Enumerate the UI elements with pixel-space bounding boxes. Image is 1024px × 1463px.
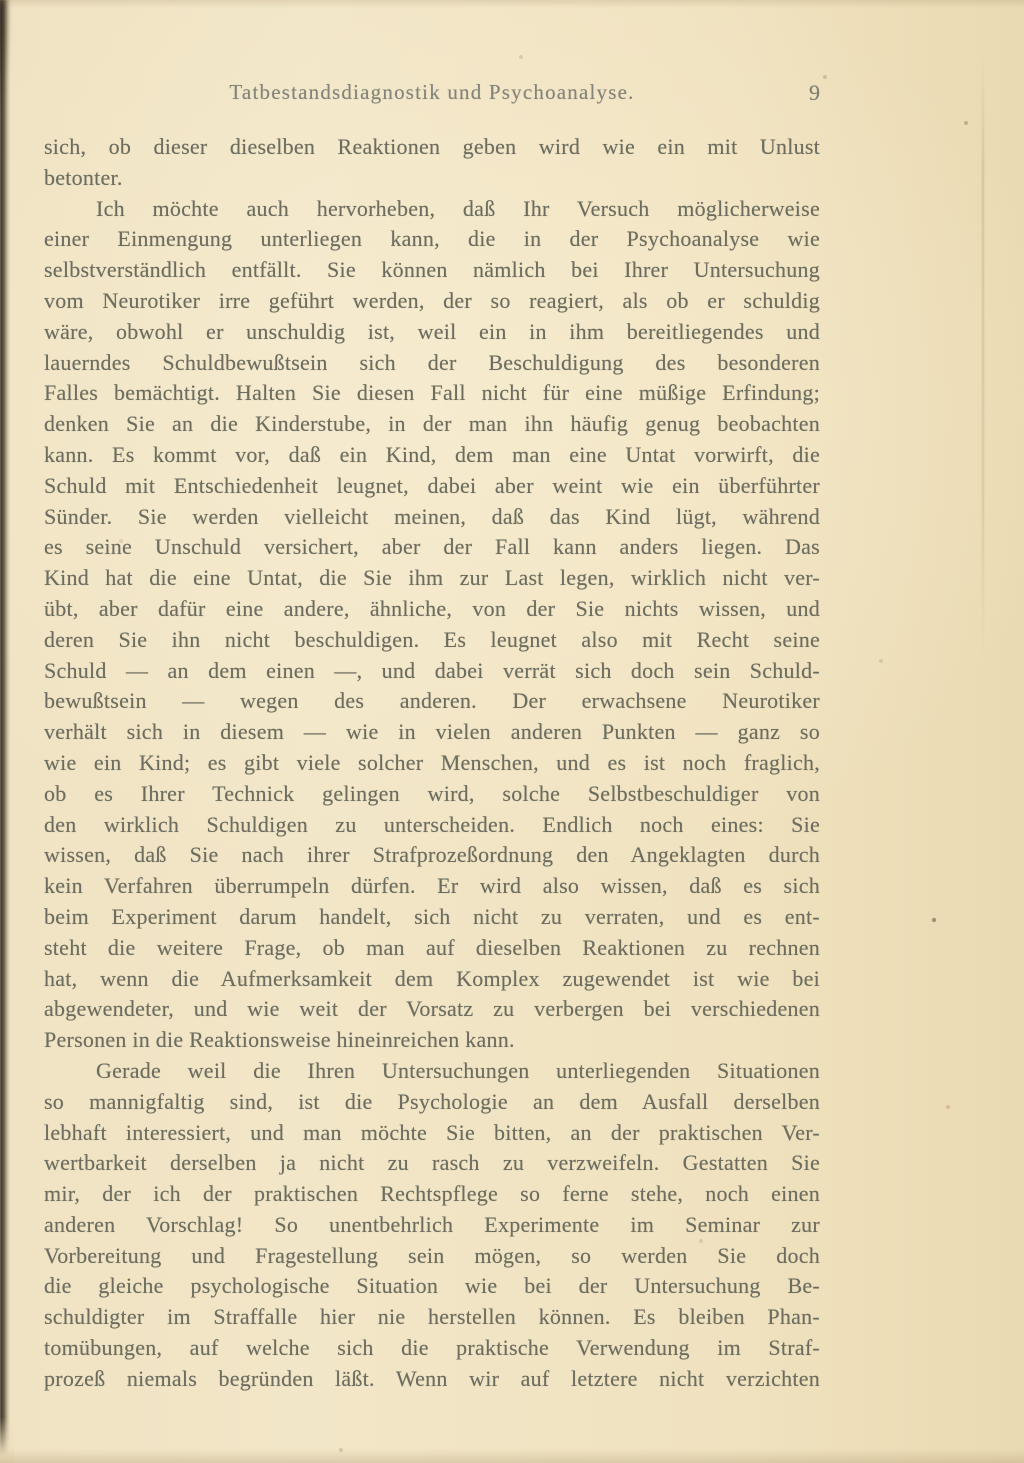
text-line: es seine Unschuld versichert, aber der F…: [44, 532, 820, 563]
text-line: einer Einmengung unterliegen kann, die i…: [44, 224, 820, 255]
text-line: tomübungen, auf welche sich die praktisc…: [44, 1333, 820, 1364]
text-line: Falles bemächtigt. Halten Sie diesen Fal…: [44, 378, 820, 409]
text-line: Kind hat die eine Untat, die Sie ihm zur…: [44, 563, 820, 594]
scan-page: Tatbestandsdiagnostik und Psychoanalyse.…: [0, 0, 1024, 1463]
text-line: Vorbereitung und Fragestellung sein möge…: [44, 1241, 820, 1272]
text-line: wissen, daß Sie nach ihrer Strafprozeßor…: [44, 840, 820, 871]
text-line: lauerndes Schuldbewußtsein sich der Besc…: [44, 348, 820, 379]
text-line: kein Verfahren überrumpeln dürfen. Er wi…: [44, 871, 820, 902]
text-line: mir, der ich der praktischen Rechtspfleg…: [44, 1179, 820, 1210]
text-line: die gleiche psychologische Situation wie…: [44, 1271, 820, 1302]
text-line: schuldigter im Straffalle hier nie herst…: [44, 1302, 820, 1333]
text-line: sich, ob dieser dieselben Reaktionen geb…: [44, 132, 820, 163]
text-line: abgewendeter, und wie weit der Vorsatz z…: [44, 994, 820, 1025]
text-line: übt, aber dafür eine andere, ähnliche, v…: [44, 594, 820, 625]
text-line: den wirklich Schuldigen zu unterscheiden…: [44, 810, 820, 841]
text-line: anderen Vorschlag! So unentbehrlich Expe…: [44, 1210, 820, 1241]
text-line: Schuld mit Entschiedenheit leugnet, dabe…: [44, 471, 820, 502]
text-line: beim Experiment darum handelt, sich nich…: [44, 902, 820, 933]
text-block: sich, ob dieser dieselben Reaktionen geb…: [44, 132, 820, 1395]
text-line: bewußtsein — wegen des anderen. Der erwa…: [44, 686, 820, 717]
text-line: selbstverständlich entfällt. Sie können …: [44, 255, 820, 286]
text-line: hat, wenn die Aufmerksamkeit dem Komplex…: [44, 964, 820, 995]
book-edge-left: [0, 0, 10, 1463]
text-line: wie ein Kind; es gibt viele solcher Mens…: [44, 748, 820, 779]
text-line: ob es Ihrer Technick gelingen wird, solc…: [44, 779, 820, 810]
running-header: Tatbestandsdiagnostik und Psychoanalyse.…: [44, 80, 820, 106]
text-line: Gerade weil die Ihren Untersuchungen unt…: [44, 1056, 820, 1087]
text-line: deren Sie ihn nicht beschuldigen. Es leu…: [44, 625, 820, 656]
text-line: lebhaft interessiert, und man möchte Sie…: [44, 1118, 820, 1149]
text-line: wertbarkeit derselben ja nicht zu rasch …: [44, 1148, 820, 1179]
paper-specks: [0, 0, 2, 2]
text-line: steht die weitere Frage, ob man auf dies…: [44, 933, 820, 964]
text-line: kann. Es kommt vor, daß ein Kind, dem ma…: [44, 440, 820, 471]
text-line: so mannigfaltig sind, ist die Psychologi…: [44, 1087, 820, 1118]
text-line: Ich möchte auch hervorheben, daß Ihr Ver…: [44, 194, 820, 225]
page-edge-bottom: [0, 1449, 1024, 1463]
text-line: Sünder. Sie werden vielleicht meinen, da…: [44, 502, 820, 533]
text-line: denken Sie an die Kinderstube, in der ma…: [44, 409, 820, 440]
header-title: Tatbestandsdiagnostik und Psychoanalyse.: [229, 80, 634, 104]
text-line: Schuld — an dem einen —, und dabei verrä…: [44, 656, 820, 687]
page-edge-top: [0, 0, 1024, 8]
page-crease: [982, 55, 984, 655]
text-line: vom Neurotiker irre geführt werden, der …: [44, 286, 820, 317]
text-line: Personen in die Reaktionsweise hineinrei…: [44, 1025, 820, 1056]
text-line: prozeß niemals begründen läßt. Wenn wir …: [44, 1364, 820, 1395]
page-number: 9: [809, 80, 820, 106]
text-line: wäre, obwohl er unschuldig ist, weil ein…: [44, 317, 820, 348]
text-line: betonter.: [44, 163, 820, 194]
text-line: verhält sich in diesem — wie in vielen a…: [44, 717, 820, 748]
